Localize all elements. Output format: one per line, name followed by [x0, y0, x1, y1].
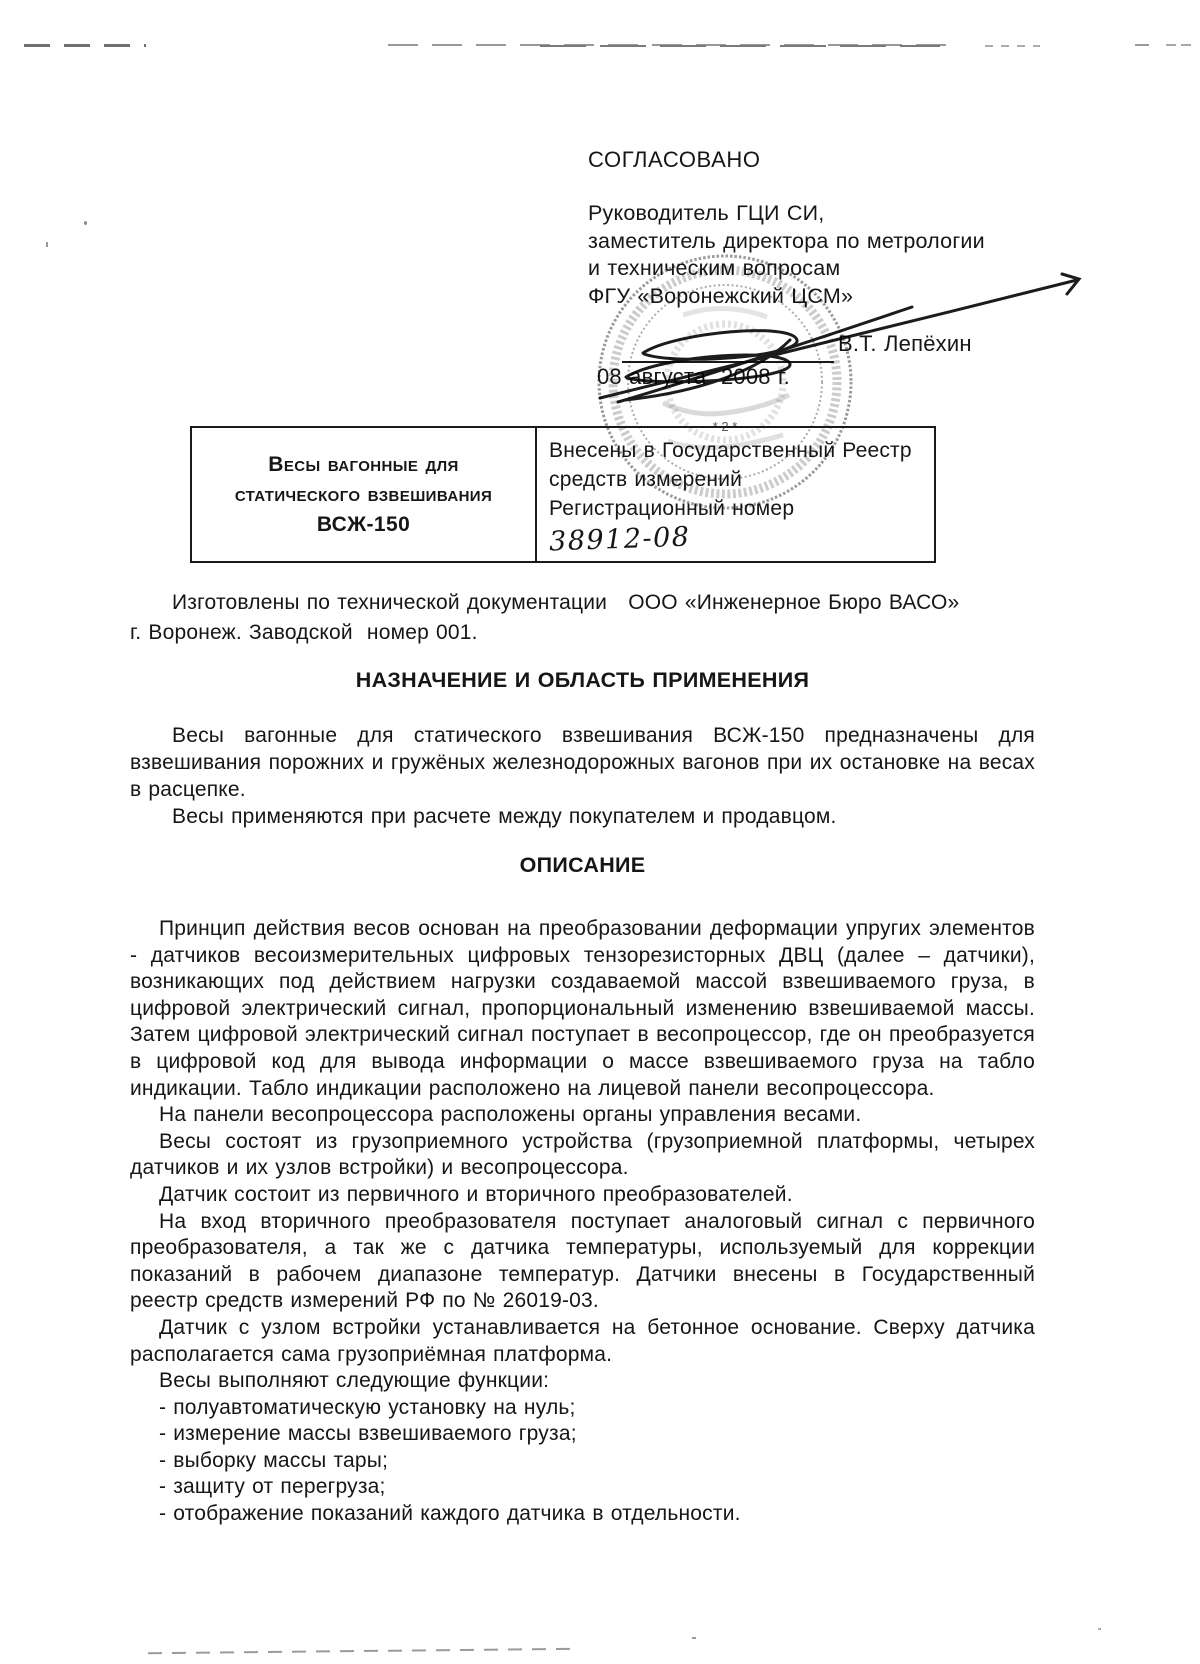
scan-artifact-top [1166, 44, 1194, 46]
purpose-paragraph: Весы применяются при расчете между покуп… [130, 803, 1035, 830]
description-paragraphs: Принцип действия весов основан на преобр… [130, 916, 1035, 1528]
description-paragraph: Принцип действия весов основан на преобр… [130, 916, 1035, 1102]
device-name-line: статического взвешивания [235, 480, 492, 510]
description-paragraph: - защиту от перегруза; [130, 1474, 1035, 1501]
registry-table: Весы вагонные длястатического взвешивани… [190, 426, 936, 563]
scan-artifact-top [24, 44, 146, 47]
registry-line: средств измерений [549, 465, 930, 494]
scan-artifact-bottom [692, 1637, 696, 1639]
scan-artifact-speck [84, 221, 87, 225]
registry-line: Внесены в Государственный Реестр [549, 436, 930, 465]
scan-artifact-bottom [1098, 1628, 1101, 1630]
registration-number-row: Регистрационный номер38912-08 [549, 494, 930, 554]
registry-cell: Внесены в Государственный Реестрсредств … [537, 428, 934, 561]
purpose-paragraphs: Весы вагонные для статического взвешиван… [130, 722, 1035, 830]
registry-lines: Внесены в Государственный Реестрсредств … [549, 436, 930, 494]
scan-artifact-top [985, 45, 1040, 47]
manufacture-line: г. Воронеж. Заводской номер 001. [130, 618, 1035, 648]
description-paragraph: Весы состоят из грузоприемного устройств… [130, 1129, 1035, 1182]
scanned-document-page: СОГЛАСОВАНО Руководитель ГЦИ СИ,заместит… [0, 0, 1200, 1664]
manufacture-note: Изготовлены по технической документации … [130, 588, 1035, 648]
description-paragraph: Датчик состоит из первичного и вторичног… [130, 1182, 1035, 1209]
description-paragraph: - отображение показаний каждого датчика … [130, 1501, 1035, 1528]
purpose-paragraph: Весы вагонные для статического взвешиван… [130, 722, 1035, 803]
device-name-line: ВСЖ-150 [317, 510, 410, 540]
scan-artifact-speck [46, 242, 48, 247]
device-name-line: Весы вагонные для [268, 450, 458, 480]
description-paragraph: Весы выполняют следующие функции: [130, 1368, 1035, 1395]
description-paragraph: - выборку массы тары; [130, 1448, 1035, 1475]
signature-scribble-icon [580, 250, 1100, 410]
description-paragraph: На вход вторичного преобразователя посту… [130, 1209, 1035, 1315]
description-section-heading: ОПИСАНИЕ [130, 853, 1035, 878]
description-paragraph: - измерение массы взвешиваемого груза; [130, 1421, 1035, 1448]
description-paragraph: - полуавтоматическую установку на нуль; [130, 1395, 1035, 1422]
scan-artifact-top [388, 44, 948, 46]
manufacture-line: Изготовлены по технической документации … [130, 588, 1035, 618]
purpose-section-heading: НАЗНАЧЕНИЕ И ОБЛАСТЬ ПРИМЕНЕНИЯ [130, 668, 1035, 693]
registration-number-label: Регистрационный номер [549, 497, 794, 520]
scan-artifact-bottom [148, 1648, 580, 1655]
device-name-cell: Весы вагонные длястатического взвешивани… [192, 428, 537, 561]
description-paragraph: Датчик с узлом встройки устанавливается … [130, 1315, 1035, 1368]
registration-number-handwritten: 38912-08 [549, 523, 691, 557]
description-paragraph: На панели весопроцессора расположены орг… [130, 1102, 1035, 1129]
approval-title: СОГЛАСОВАНО [588, 146, 985, 173]
approval-line: Руководитель ГЦИ СИ, [588, 200, 985, 227]
scan-artifact-top [540, 45, 940, 47]
scan-artifact-top [1135, 44, 1149, 46]
